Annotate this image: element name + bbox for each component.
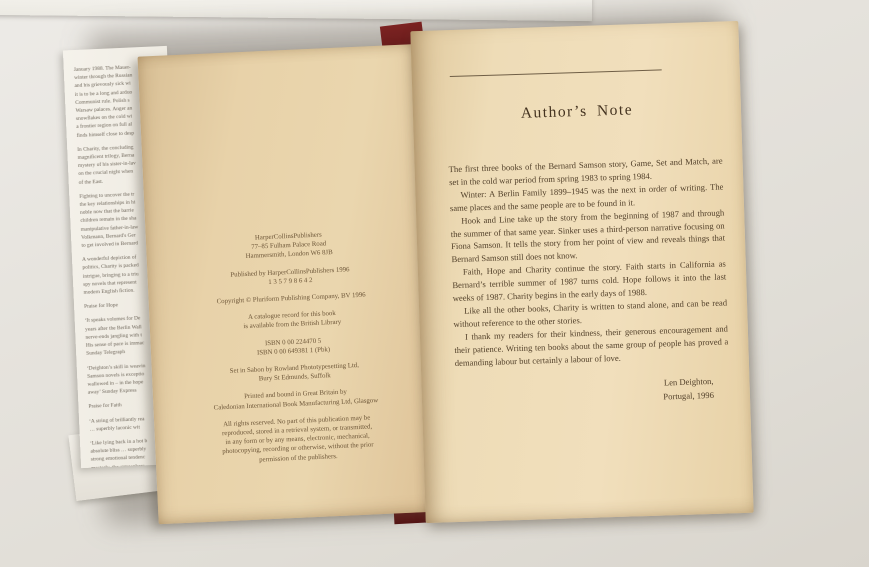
copyright-paragraph: HarperCollinsPublishers77–85 Fulham Pala… (146, 226, 432, 267)
copyright-text-block: HarperCollinsPublishers77–85 Fulham Pala… (138, 44, 441, 469)
copyright-page: HarperCollinsPublishers77–85 Fulham Pala… (138, 44, 444, 524)
authors-note-body: The first three books of the Bernard Sam… (415, 154, 749, 371)
copyright-paragraph: Printed and bound in Great Britain byCal… (153, 384, 439, 415)
page-title: Author’s Note (413, 98, 741, 126)
copyright-paragraph: Published by HarperCollinsPublishers 199… (147, 261, 433, 292)
note-paragraph: Hook and Line take up the story from the… (450, 206, 725, 266)
note-paragraph: I thank my readers for their kindness, t… (454, 322, 729, 369)
authors-note-page: Author’s Note The first three books of t… (410, 21, 753, 523)
signature-block: Len Deighton, Portugal, 1996 (421, 373, 714, 410)
chapter-rule (450, 69, 662, 77)
book-photograph: January 1988. The Mauer-winter through t… (0, 0, 869, 567)
copyright-paragraph: A catalogue record for this bookis avail… (149, 305, 435, 336)
copyright-paragraph: Set in Sabon by Rowland Phototypesetting… (152, 357, 438, 388)
copyright-paragraph: ISBN 0 00 224470 5ISBN 0 00 649381 1 (Pb… (151, 331, 437, 362)
copyright-paragraph: All rights reserved. No part of this pub… (154, 410, 441, 469)
